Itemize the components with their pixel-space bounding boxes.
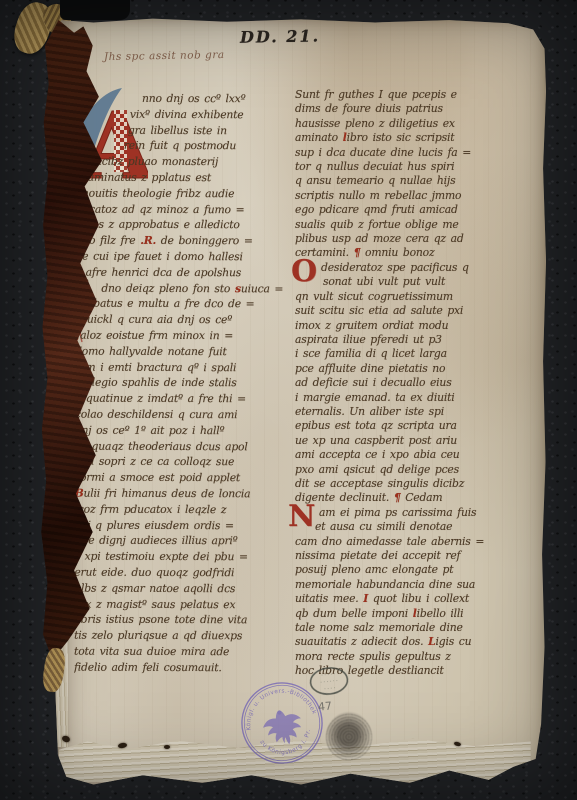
manuscript-text-line: mora recte spulis gepultus z [295, 650, 523, 664]
manuscript-text-line: eternalis. Un aliber iste spi [295, 405, 523, 419]
manuscript-text-line: am ei pima ps carissima fuis [295, 506, 523, 520]
svg-text:· · · · · ·: · · · · · · [320, 678, 338, 686]
manuscript-text-line: rein fuit q postmodu [76, 138, 292, 155]
manuscript-text-line: dit se acceptase singulis dicibz [295, 477, 523, 491]
manuscript-text-line: examinatus z pplatus est [76, 170, 292, 187]
manuscript-text-line: Bulii fri himanus deus de loncia [75, 486, 291, 503]
faded-ink-stamp [326, 712, 372, 762]
manuscript-text-line: suit scitu sic etia ad salute pxi [295, 304, 523, 318]
manuscript-text-line: Sunt fr guthes I que pcepis e [295, 88, 523, 102]
manuscript-text-line: memoriale habundancia dine sua [295, 578, 523, 592]
manuscript-text-line: hausisse pleno z diligetius ex [295, 117, 523, 131]
manuscript-text-line: pce affluite dine pietatis no [295, 362, 523, 376]
worm-hole [164, 745, 170, 749]
manuscript-text-line: erut eide. duo quoqz godfridi [74, 565, 290, 582]
manuscript-text-line: de cui ipe fauet i domo hallesi [75, 249, 291, 266]
manuscript-text-line: anouitis theologie fribz audie [76, 185, 292, 202]
manuscript-text-line: ego pdicare qmd fruti amicad [295, 203, 523, 217]
manuscript-text-line: desideratoz spe pacificus q [295, 261, 523, 275]
manuscript-text-line: vixº divina exhibente [76, 106, 292, 123]
manuscript-text-line: scriptis nullo m rebellac jmmo [295, 189, 523, 203]
manuscript-text-line: fide dignj audieces illius apriº [74, 533, 290, 550]
shelfmark: DD. 21. [240, 26, 330, 47]
manuscript-text-line: rex z magistº saus pelatus ex [74, 596, 290, 613]
manuscript-text-line: tam i emti bractura qº i spali [75, 359, 291, 376]
manuscript-text-line: qb dum belle imponi libello illi [295, 607, 523, 621]
rubricated-initial-N: N [288, 502, 315, 532]
invocation-inscription: Jhs spc assit nob gra [104, 49, 225, 63]
manuscript-text-line: tale nome salz memoriale dine [295, 621, 523, 635]
manuscript-text-line: e quatinue z imdatº a fre thi = [75, 391, 291, 408]
right-column-lines: Sunt fr guthes I que pcepis edims de fou… [295, 88, 523, 679]
manuscript-text-line: plibus usp ad moze cera qz ad [295, 232, 523, 246]
manuscript-text-line: dno deiqz pleno fon sto suiuca = [75, 280, 291, 297]
manuscript-text-line: nno dnj os ccº lxxº [76, 91, 292, 108]
manuscript-text-line: Jaloz eoistue frm minox in = [75, 328, 291, 345]
manuscript-text-line: dno filz fre .R. de boninggero = [75, 233, 291, 250]
manuscript-text-line: epibus est tota qz scripta ura [295, 419, 523, 433]
top-edge-dark-band [60, 0, 130, 20]
manuscript-text-line: sonat ubi vult put vult [295, 275, 523, 289]
manuscript-text-line: aminato libro isto sic scripsit [295, 131, 523, 145]
manuscript-text-line: dnj os ceº 1º ait poz i hallº [75, 422, 291, 439]
manuscript-text-line: i margie emanad. ta ex diuiti [295, 391, 523, 405]
manuscript-text-line: sualis quib z fortue oblige me [295, 218, 523, 232]
manuscript-text-line: et ausa cu simili denotae [295, 520, 523, 534]
manuscript-text-line: fri quaqz theoderiaus dcus apol [75, 438, 291, 455]
manuscript-text-line: digente declinuit. ¶ Cedam [295, 491, 523, 505]
manuscript-text-line: domo hallyvalde notane fuit [75, 343, 291, 360]
manuscript-text-line: ami accepta ce i xpo abia ceu [295, 448, 523, 462]
manuscript-text-line: ducatoz ad qz minoz a fumo = [76, 201, 292, 218]
manuscript-text-line: qn vult sicut cogruetissimum [295, 290, 523, 304]
manuscript-text-line: dims de foure diuis patrius [295, 102, 523, 116]
manuscript-text-line: imox z gruitem ordiat modu [295, 319, 523, 333]
manuscript-text-line: libris istius psone tote dine vita [74, 612, 290, 629]
manuscript-text-line: certamini. ¶ omniu bonoz [295, 246, 523, 260]
manuscript-text-line: z afre henrici dca de apolshus [75, 264, 291, 281]
manuscript-text-line: nissima pietate dei accepit ref [295, 549, 523, 563]
manuscript-text-line: pxo ami qsicut qd delige pces [295, 463, 523, 477]
manuscript-text-line: i sce familia di q licet larga [295, 347, 523, 361]
manuscript-text-line: colao deschildensi q cura ami [75, 407, 291, 424]
manuscript-text-line: lcoz frm pducatox i leqzle z [75, 501, 291, 518]
manuscript-text-line: aspirata iliue pferedi ut p3 [295, 333, 523, 347]
manuscript-text-line: z xpi testimoiu expte dei pbu = [74, 549, 290, 566]
manuscript-text-line: ponacibz pluao monasterij [76, 154, 292, 171]
manuscript-text-line: sup i dca ducate dine lucis fa = [295, 146, 523, 160]
manuscript-text-line: probatus e multu a fre dco de = [75, 296, 291, 313]
manuscript-text-line: fidelio adim feli cosumauit. [74, 659, 290, 676]
left-column-lines: nno dnj os ccº lxxºvixº divina exhibente… [74, 91, 292, 676]
manuscript-text-line: puilegio spahlis de inde stalis [75, 375, 291, 392]
manuscript-text-line: uitatis mee. I quot libu i collext [295, 592, 523, 606]
manuscript-text-line: tota vita sua duioe mira ade [74, 644, 290, 661]
oval-accession-stamp: · · · · · · · · · · · · · · · [308, 664, 351, 698]
manuscript-page: DD. 21. Jhs spc assit nob gra A [54, 14, 548, 786]
manuscript-text-line: ldia sopri z ce ca colloqz sue [75, 454, 291, 471]
manuscript-text-line: posuij pleno amc elongate pt [295, 563, 523, 577]
manuscript-text-line: gra libellus iste in [76, 122, 292, 139]
prussian-eagle-icon [260, 706, 306, 750]
manuscript-text-line: tor q nullus decuiat hus spiri [295, 160, 523, 174]
svg-text:· · · ·: · · · · [324, 685, 336, 692]
manuscript-text-line: suauitatis z adiecit dos. Ligis cu [295, 635, 523, 649]
photograph-background: DD. 21. Jhs spc assit nob gra A [0, 0, 577, 800]
manuscript-text-line: cam dno aimedasse tale abernis = [295, 535, 523, 549]
manuscript-text-line: bruickl q cura aia dnj os ceº [75, 312, 291, 329]
manuscript-text-line: sormi a smoce est poid applet [75, 470, 291, 487]
manuscript-text-line: q ansu temeario q nullae hijs [295, 174, 523, 188]
pencil-number: 47 [317, 699, 332, 713]
manuscript-text-line: ue xp una caspberit post ariu [295, 434, 523, 448]
manuscript-text-line: plbs z qsmar natoe aqolli dcs [74, 580, 290, 597]
manuscript-text-line: tis zelo pluriqsue a qd diuexps [74, 628, 290, 645]
manuscript-text-line: alij q plures eiusdem ordis = [74, 517, 290, 534]
rubricated-initial-O: O [291, 257, 317, 287]
worm-hole [118, 742, 128, 748]
manuscript-text-line: ad deficie sui i decuallo eius [295, 376, 523, 390]
manuscript-text-line: pleus z approbatus e alledicto [76, 217, 292, 234]
